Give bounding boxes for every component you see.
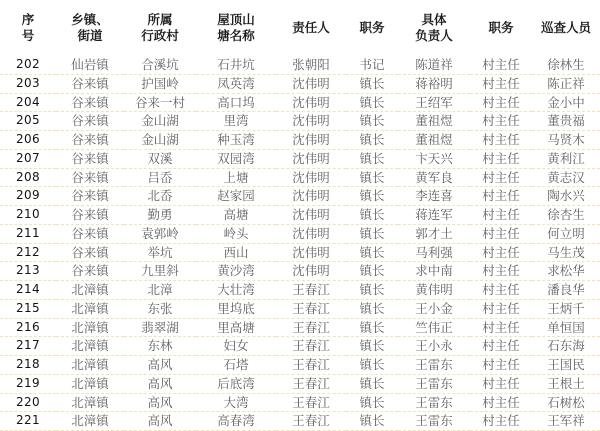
township-cell: 谷来镇 xyxy=(56,262,124,281)
pond-name-cell: 后底湾 xyxy=(196,374,276,393)
position-2-cell: 村主任 xyxy=(470,356,532,375)
serial-cell: 203 xyxy=(0,74,56,93)
position-cell: 镇长 xyxy=(346,243,398,262)
village-cell: 高风 xyxy=(124,393,196,412)
township-cell: 谷来镇 xyxy=(56,74,124,93)
specific-person-cell: 董祖煜 xyxy=(398,112,470,131)
township-cell: 谷来镇 xyxy=(56,112,124,131)
table-row: 208谷来镇吕岙上塘沈伟明镇长黄军良村主任黄志汉 xyxy=(0,168,600,187)
table-row: 209谷来镇北岙赵家园沈伟明镇长李连喜村主任陶水兴 xyxy=(0,187,600,206)
serial-cell: 218 xyxy=(0,356,56,375)
table-row: 212谷来镇举坑西山沈伟明镇长马利强村主任马生茂 xyxy=(0,243,600,262)
serial-cell: 215 xyxy=(0,299,56,318)
inspector-cell: 陶水兴 xyxy=(532,187,600,206)
township-cell: 谷来镇 xyxy=(56,149,124,168)
serial-cell: 216 xyxy=(0,318,56,337)
position-cell: 镇长 xyxy=(346,187,398,206)
village-cell: 高风 xyxy=(124,374,196,393)
pond-name-cell: 种玉湾 xyxy=(196,131,276,150)
township-cell: 谷来镇 xyxy=(56,224,124,243)
village-cell: 金山湖 xyxy=(124,112,196,131)
village-cell: 举坑 xyxy=(124,243,196,262)
specific-person-cell: 王雷东 xyxy=(398,412,470,431)
responsible-person-cell: 沈伟明 xyxy=(276,112,346,131)
table-row: 205谷来镇金山湖里湾沈伟明镇长董祖煜村主任董贵福 xyxy=(0,112,600,131)
serial-cell: 211 xyxy=(0,224,56,243)
responsible-person-cell: 张朝阳 xyxy=(276,56,346,74)
township-cell: 北漳镇 xyxy=(56,281,124,300)
position-2-cell: 村主任 xyxy=(470,131,532,150)
position-cell: 镇长 xyxy=(346,74,398,93)
village-cell: 北岙 xyxy=(124,187,196,206)
village-cell: 东张 xyxy=(124,299,196,318)
position-cell: 镇长 xyxy=(346,337,398,356)
village-cell: 谷来一村 xyxy=(124,93,196,112)
table-row: 213谷来镇九里斜黄沙湾沈伟明镇长求中南村主任求松华 xyxy=(0,262,600,281)
responsible-person-cell: 沈伟明 xyxy=(276,74,346,93)
table-row: 216北漳镇翡翠湖里高塘王春江镇长竺伟正村主任单恒国 xyxy=(0,318,600,337)
table-row: 221北漳镇高风高春湾王春江镇长王雷东村主任王军祥 xyxy=(0,412,600,431)
township-cell: 北漳镇 xyxy=(56,374,124,393)
inspector-cell: 马贤木 xyxy=(532,131,600,150)
responsible-person-cell: 王春江 xyxy=(276,318,346,337)
table-row: 214北漳镇北漳大壮湾王春江镇长黄伟明村主任潘良华 xyxy=(0,281,600,300)
pond-name-cell: 双园湾 xyxy=(196,149,276,168)
position-2-cell: 村主任 xyxy=(470,262,532,281)
inspector-cell: 何立明 xyxy=(532,224,600,243)
column-header-township: 乡镇、 街道 xyxy=(56,0,124,56)
inspector-cell: 求松华 xyxy=(532,262,600,281)
serial-cell: 209 xyxy=(0,187,56,206)
position-cell: 镇长 xyxy=(346,224,398,243)
specific-person-cell: 王小永 xyxy=(398,337,470,356)
responsible-person-cell: 王春江 xyxy=(276,374,346,393)
position-2-cell: 村主任 xyxy=(470,374,532,393)
specific-person-cell: 蒋连军 xyxy=(398,206,470,225)
village-cell: 袁郭岭 xyxy=(124,224,196,243)
inspector-cell: 黄利江 xyxy=(532,149,600,168)
serial-cell: 214 xyxy=(0,281,56,300)
position-2-cell: 村主任 xyxy=(470,243,532,262)
village-cell: 翡翠湖 xyxy=(124,318,196,337)
village-cell: 吕岙 xyxy=(124,168,196,187)
table-row: 210谷来镇勤勇高塘沈伟明镇长蒋连军村主任徐杏生 xyxy=(0,206,600,225)
serial-cell: 207 xyxy=(0,149,56,168)
township-cell: 谷来镇 xyxy=(56,243,124,262)
column-header-pond-name: 屋顶山 塘名称 xyxy=(196,0,276,56)
column-header-village: 所属 行政村 xyxy=(124,0,196,56)
serial-cell: 212 xyxy=(0,243,56,262)
inspector-cell: 潘良华 xyxy=(532,281,600,300)
responsible-person-cell: 王春江 xyxy=(276,356,346,375)
township-cell: 北漳镇 xyxy=(56,393,124,412)
position-2-cell: 村主任 xyxy=(470,224,532,243)
village-cell: 金山湖 xyxy=(124,131,196,150)
serial-cell: 202 xyxy=(0,56,56,74)
specific-person-cell: 王雷东 xyxy=(398,393,470,412)
table-row: 204谷来镇谷来一村高口坞沈伟明镇长王绍军村主任金小中 xyxy=(0,93,600,112)
pond-name-cell: 里坞底 xyxy=(196,299,276,318)
specific-person-cell: 蒋裕明 xyxy=(398,74,470,93)
column-header-position-2: 职务 xyxy=(470,0,532,56)
serial-cell: 217 xyxy=(0,337,56,356)
table-row: 202仙岩镇合溪坑石井坑张朝阳书记陈道祥村主任徐林生 xyxy=(0,56,600,74)
inspector-cell: 王军祥 xyxy=(532,412,600,431)
township-cell: 北漳镇 xyxy=(56,299,124,318)
header-row: 序 号乡镇、 街道所属 行政村屋顶山 塘名称责任人职务具体 负责人职务巡查人员 xyxy=(0,0,600,56)
responsible-person-cell: 沈伟明 xyxy=(276,93,346,112)
pond-name-cell: 里高塘 xyxy=(196,318,276,337)
township-cell: 谷来镇 xyxy=(56,131,124,150)
position-2-cell: 村主任 xyxy=(470,281,532,300)
position-cell: 书记 xyxy=(346,56,398,74)
position-cell: 镇长 xyxy=(346,299,398,318)
specific-person-cell: 卞天兴 xyxy=(398,149,470,168)
position-cell: 镇长 xyxy=(346,93,398,112)
village-cell: 高风 xyxy=(124,356,196,375)
inspector-cell: 王炳千 xyxy=(532,299,600,318)
pond-name-cell: 上塘 xyxy=(196,168,276,187)
table-row: 217北漳镇东林妇女王春江镇长王小永村主任石东海 xyxy=(0,337,600,356)
responsible-person-cell: 王春江 xyxy=(276,393,346,412)
column-header-position: 职务 xyxy=(346,0,398,56)
serial-cell: 204 xyxy=(0,93,56,112)
specific-person-cell: 王雷东 xyxy=(398,374,470,393)
table-header: 序 号乡镇、 街道所属 行政村屋顶山 塘名称责任人职务具体 负责人职务巡查人员 xyxy=(0,0,600,56)
township-cell: 谷来镇 xyxy=(56,168,124,187)
pond-name-cell: 大湾 xyxy=(196,393,276,412)
inspector-cell: 单恒国 xyxy=(532,318,600,337)
village-cell: 合溪坑 xyxy=(124,56,196,74)
serial-cell: 205 xyxy=(0,112,56,131)
responsible-person-cell: 沈伟明 xyxy=(276,168,346,187)
inspector-cell: 徐杏生 xyxy=(532,206,600,225)
specific-person-cell: 王绍军 xyxy=(398,93,470,112)
position-2-cell: 村主任 xyxy=(470,149,532,168)
serial-cell: 210 xyxy=(0,206,56,225)
serial-cell: 208 xyxy=(0,168,56,187)
position-2-cell: 村主任 xyxy=(470,412,532,431)
column-header-inspector: 巡查人员 xyxy=(532,0,600,56)
specific-person-cell: 董祖煜 xyxy=(398,131,470,150)
inspector-cell: 石东海 xyxy=(532,337,600,356)
specific-person-cell: 求中南 xyxy=(398,262,470,281)
township-cell: 北漳镇 xyxy=(56,412,124,431)
inspector-cell: 王国民 xyxy=(532,356,600,375)
position-cell: 镇长 xyxy=(346,131,398,150)
position-2-cell: 村主任 xyxy=(470,74,532,93)
serial-cell: 213 xyxy=(0,262,56,281)
position-2-cell: 村主任 xyxy=(470,337,532,356)
position-2-cell: 村主任 xyxy=(470,318,532,337)
column-header-serial: 序 号 xyxy=(0,0,56,56)
table-row: 203谷来镇护国岭凤英湾沈伟明镇长蒋裕明村主任陈正祥 xyxy=(0,74,600,93)
pond-name-cell: 西山 xyxy=(196,243,276,262)
pond-inspection-table: 序 号乡镇、 街道所属 行政村屋顶山 塘名称责任人职务具体 负责人职务巡查人员 … xyxy=(0,0,600,431)
pond-name-cell: 石塔 xyxy=(196,356,276,375)
responsible-person-cell: 沈伟明 xyxy=(276,262,346,281)
specific-person-cell: 郭才土 xyxy=(398,224,470,243)
serial-cell: 219 xyxy=(0,374,56,393)
table-body: 202仙岩镇合溪坑石井坑张朝阳书记陈道祥村主任徐林生203谷来镇护国岭凤英湾沈伟… xyxy=(0,56,600,431)
position-cell: 镇长 xyxy=(346,356,398,375)
pond-name-cell: 岭头 xyxy=(196,224,276,243)
position-2-cell: 村主任 xyxy=(470,112,532,131)
specific-person-cell: 李连喜 xyxy=(398,187,470,206)
position-cell: 镇长 xyxy=(346,281,398,300)
village-cell: 高风 xyxy=(124,412,196,431)
position-cell: 镇长 xyxy=(346,412,398,431)
responsible-person-cell: 王春江 xyxy=(276,337,346,356)
responsible-person-cell: 沈伟明 xyxy=(276,149,346,168)
table-row: 219北漳镇高风后底湾王春江镇长王雷东村主任王根土 xyxy=(0,374,600,393)
column-header-specific-person: 具体 负责人 xyxy=(398,0,470,56)
pond-name-cell: 里湾 xyxy=(196,112,276,131)
inspector-cell: 石树松 xyxy=(532,393,600,412)
specific-person-cell: 黄军良 xyxy=(398,168,470,187)
township-cell: 谷来镇 xyxy=(56,93,124,112)
village-cell: 护国岭 xyxy=(124,74,196,93)
responsible-person-cell: 沈伟明 xyxy=(276,206,346,225)
township-cell: 仙岩镇 xyxy=(56,56,124,74)
responsible-person-cell: 沈伟明 xyxy=(276,187,346,206)
township-cell: 北漳镇 xyxy=(56,337,124,356)
village-cell: 东林 xyxy=(124,337,196,356)
inspector-cell: 金小中 xyxy=(532,93,600,112)
position-cell: 镇长 xyxy=(346,168,398,187)
pond-name-cell: 黄沙湾 xyxy=(196,262,276,281)
inspector-cell: 王根土 xyxy=(532,374,600,393)
position-cell: 镇长 xyxy=(346,149,398,168)
position-cell: 镇长 xyxy=(346,112,398,131)
pond-name-cell: 凤英湾 xyxy=(196,74,276,93)
responsible-person-cell: 沈伟明 xyxy=(276,243,346,262)
village-cell: 勤勇 xyxy=(124,206,196,225)
township-cell: 北漳镇 xyxy=(56,318,124,337)
village-cell: 九里斜 xyxy=(124,262,196,281)
position-cell: 镇长 xyxy=(346,262,398,281)
column-header-responsible-person: 责任人 xyxy=(276,0,346,56)
table-row: 206谷来镇金山湖种玉湾沈伟明镇长董祖煜村主任马贤木 xyxy=(0,131,600,150)
responsible-person-cell: 王春江 xyxy=(276,299,346,318)
table-row: 215北漳镇东张里坞底王春江镇长王小金村主任王炳千 xyxy=(0,299,600,318)
specific-person-cell: 竺伟正 xyxy=(398,318,470,337)
position-cell: 镇长 xyxy=(346,393,398,412)
specific-person-cell: 陈道祥 xyxy=(398,56,470,74)
inspector-cell: 徐林生 xyxy=(532,56,600,74)
township-cell: 北漳镇 xyxy=(56,356,124,375)
pond-name-cell: 大壮湾 xyxy=(196,281,276,300)
position-2-cell: 村主任 xyxy=(470,168,532,187)
specific-person-cell: 王雷东 xyxy=(398,356,470,375)
table-row: 207谷来镇双溪双园湾沈伟明镇长卞天兴村主任黄利江 xyxy=(0,149,600,168)
position-cell: 镇长 xyxy=(346,206,398,225)
table-row: 211谷来镇袁郭岭岭头沈伟明镇长郭才土村主任何立明 xyxy=(0,224,600,243)
inspector-cell: 陈正祥 xyxy=(532,74,600,93)
village-cell: 双溪 xyxy=(124,149,196,168)
inspector-cell: 黄志汉 xyxy=(532,168,600,187)
position-2-cell: 村主任 xyxy=(470,393,532,412)
specific-person-cell: 王小金 xyxy=(398,299,470,318)
responsible-person-cell: 沈伟明 xyxy=(276,224,346,243)
pond-name-cell: 赵家园 xyxy=(196,187,276,206)
inspector-cell: 马生茂 xyxy=(532,243,600,262)
serial-cell: 221 xyxy=(0,412,56,431)
responsible-person-cell: 王春江 xyxy=(276,412,346,431)
table-row: 220北漳镇高风大湾王春江镇长王雷东村主任石树松 xyxy=(0,393,600,412)
village-cell: 北漳 xyxy=(124,281,196,300)
position-2-cell: 村主任 xyxy=(470,206,532,225)
pond-name-cell: 妇女 xyxy=(196,337,276,356)
pond-name-cell: 高口坞 xyxy=(196,93,276,112)
position-2-cell: 村主任 xyxy=(470,299,532,318)
position-2-cell: 村主任 xyxy=(470,56,532,74)
responsible-person-cell: 沈伟明 xyxy=(276,131,346,150)
inspector-cell: 董贵福 xyxy=(532,112,600,131)
pond-name-cell: 高塘 xyxy=(196,206,276,225)
position-2-cell: 村主任 xyxy=(470,93,532,112)
position-cell: 镇长 xyxy=(346,374,398,393)
pond-name-cell: 高春湾 xyxy=(196,412,276,431)
township-cell: 谷来镇 xyxy=(56,206,124,225)
responsible-person-cell: 王春江 xyxy=(276,281,346,300)
position-cell: 镇长 xyxy=(346,318,398,337)
specific-person-cell: 黄伟明 xyxy=(398,281,470,300)
serial-cell: 220 xyxy=(0,393,56,412)
pond-name-cell: 石井坑 xyxy=(196,56,276,74)
township-cell: 谷来镇 xyxy=(56,187,124,206)
table-row: 218北漳镇高风石塔王春江镇长王雷东村主任王国民 xyxy=(0,356,600,375)
serial-cell: 206 xyxy=(0,131,56,150)
position-2-cell: 村主任 xyxy=(470,187,532,206)
specific-person-cell: 马利强 xyxy=(398,243,470,262)
